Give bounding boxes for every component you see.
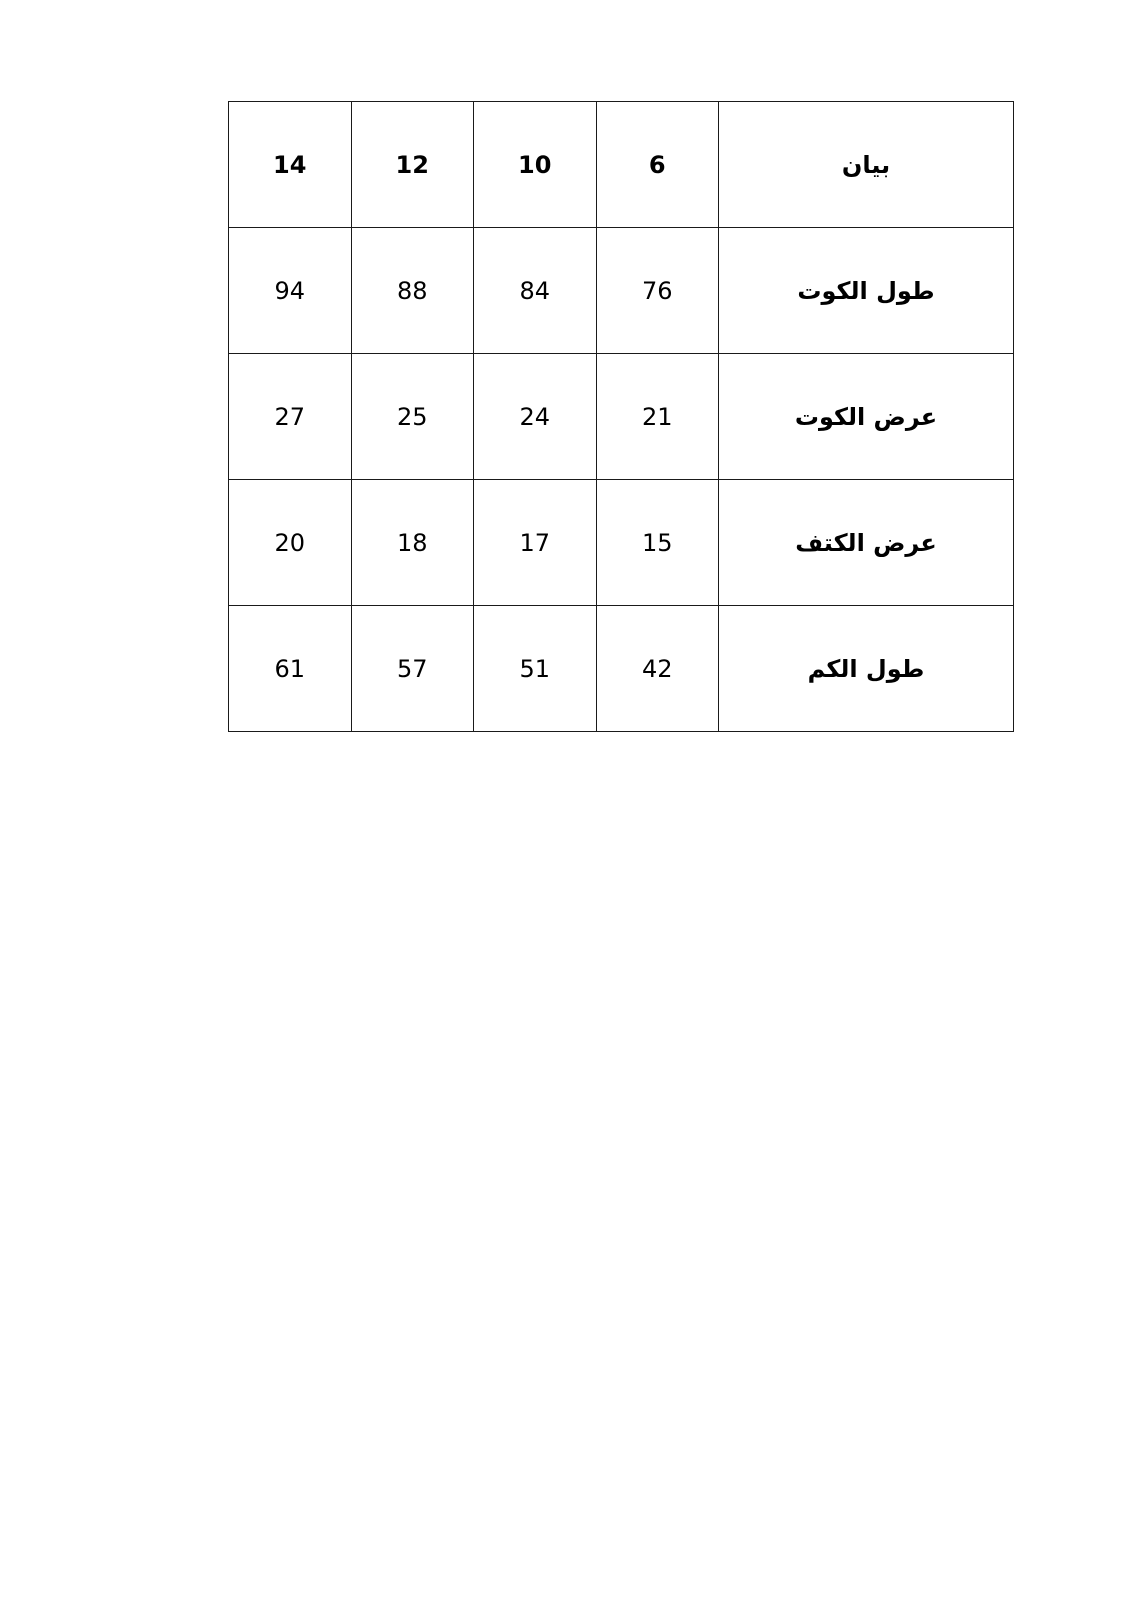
- row-label-cell: عرض الكوت: [719, 354, 1014, 480]
- value-cell: 76: [596, 228, 719, 354]
- size-header-cell: 6: [596, 102, 719, 228]
- value-cell: 18: [351, 480, 474, 606]
- value-cell: 20: [229, 480, 352, 606]
- row-label-cell: عرض الكتف: [719, 480, 1014, 606]
- row-label-cell: طول الكم: [719, 606, 1014, 732]
- value-cell: 42: [596, 606, 719, 732]
- document-page: 14 12 10 6 بيان 94 88 84 76 طول الكوت 27…: [0, 0, 1131, 1600]
- table-header-row: 14 12 10 6 بيان: [229, 102, 1014, 228]
- size-header-cell: 14: [229, 102, 352, 228]
- size-chart-table: 14 12 10 6 بيان 94 88 84 76 طول الكوت 27…: [228, 101, 1014, 732]
- value-cell: 21: [596, 354, 719, 480]
- value-cell: 61: [229, 606, 352, 732]
- value-cell: 15: [596, 480, 719, 606]
- size-header-cell: 10: [474, 102, 597, 228]
- table-row: 94 88 84 76 طول الكوت: [229, 228, 1014, 354]
- row-label-cell: طول الكوت: [719, 228, 1014, 354]
- value-cell: 27: [229, 354, 352, 480]
- value-cell: 88: [351, 228, 474, 354]
- value-cell: 17: [474, 480, 597, 606]
- value-cell: 94: [229, 228, 352, 354]
- table-row: 27 25 24 21 عرض الكوت: [229, 354, 1014, 480]
- value-cell: 84: [474, 228, 597, 354]
- value-cell: 51: [474, 606, 597, 732]
- size-header-cell: 12: [351, 102, 474, 228]
- description-header-cell: بيان: [719, 102, 1014, 228]
- table-row: 20 18 17 15 عرض الكتف: [229, 480, 1014, 606]
- value-cell: 57: [351, 606, 474, 732]
- value-cell: 24: [474, 354, 597, 480]
- value-cell: 25: [351, 354, 474, 480]
- table-row: 61 57 51 42 طول الكم: [229, 606, 1014, 732]
